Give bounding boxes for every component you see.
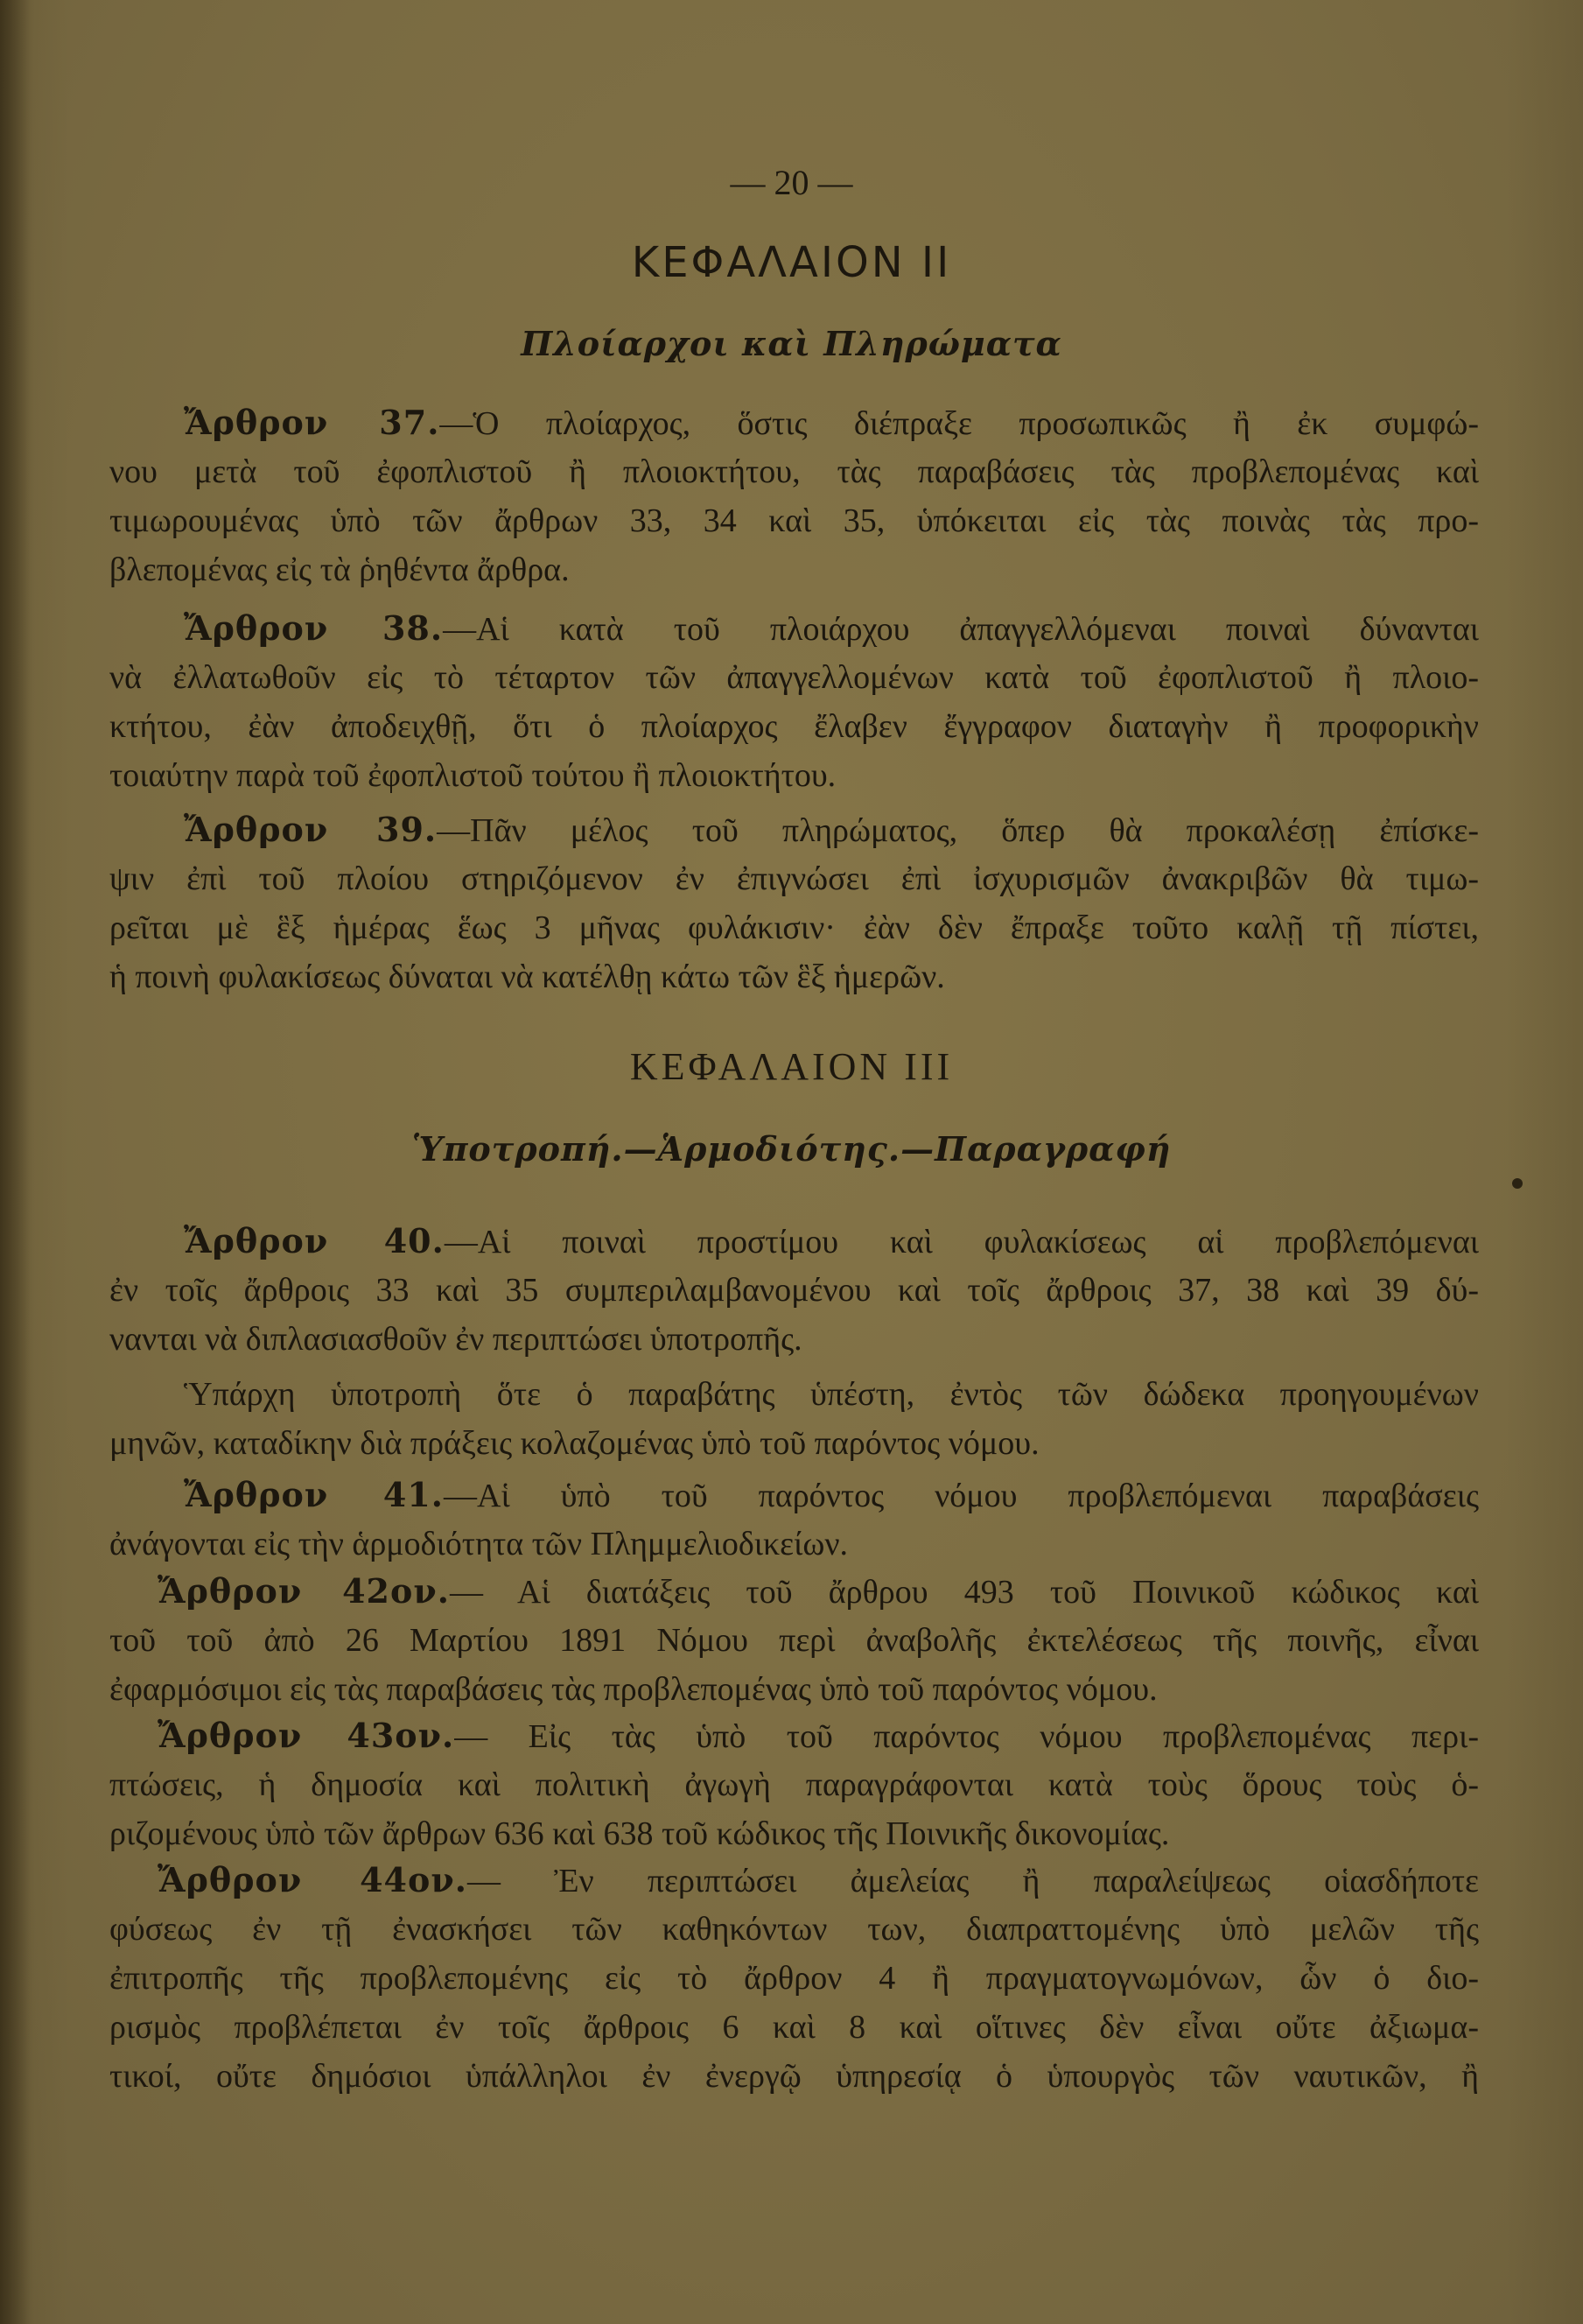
article-label: Ἄρθρον 39.	[184, 810, 437, 849]
text-line: ρισμὸς προβλέπεται ἐν τοῖς ἄρθροις 6 καὶ…	[109, 2003, 1479, 2052]
text-line: κτήτου, ἐὰν ἀποδειχθῇ, ὅτι ὁ πλοίαρχος ἔ…	[109, 702, 1479, 751]
text-line: τοιαύτην παρὰ τοῦ ἐφοπλιστοῦ τούτου ἢ πλ…	[109, 751, 1479, 800]
text-line: πτώσεις, ἡ δημοσία καὶ πολιτικὴ ἀγωγὴ πα…	[109, 1760, 1479, 1809]
text-line: Ὑπάρχη ὑποτροπὴ ὅτε ὁ παραβάτης ὑπέστη, …	[109, 1370, 1479, 1419]
text-line: νου μετὰ τοῦ ἐφοπλιστοῦ ἢ πλοιοκτήτου, τ…	[109, 447, 1479, 496]
text-line: Ἄρθρον 37.—Ὁ πλοίαρχος, ὅστις διέπραξε π…	[109, 398, 1479, 447]
text-line: ἀνάγονται εἰς τὴν ἁρμοδιότητα τῶν Πλημμε…	[109, 1520, 1479, 1569]
article-39: Ἄρθρον 39.—Πᾶν μέλος τοῦ πληρώματος, ὅπε…	[109, 805, 1479, 1001]
article-label: Ἄρθρον 38.	[184, 608, 443, 648]
scanned-page: — 20 — ΚΕΦΑΛΑΙΟΝ ΙΙ Πλοίαρχοι καὶ Πληρώμ…	[0, 0, 1583, 2324]
text-line: ἐν τοῖς ἄρθροις 33 καὶ 35 συμπεριλαμβανο…	[109, 1266, 1479, 1315]
text-line: ἐφαρμόσιμοι εἰς τὰς παραβάσεις τὰς προβλ…	[109, 1665, 1479, 1714]
article-label: Ἄρθρον 37.	[184, 403, 439, 442]
article-label: Ἄρθρον 43ον.	[158, 1716, 454, 1755]
text-line: ψιν ἐπὶ τοῦ πλοίου στηριζόμενον ἐν ἐπιγν…	[109, 854, 1479, 903]
article-label: Ἄρθρον 41.	[184, 1475, 444, 1514]
ink-speck	[1512, 1178, 1523, 1189]
text-line: τιμωρουμένας ὑπὸ τῶν ἄρθρων 33, 34 καὶ 3…	[109, 496, 1479, 545]
article-44: Ἄρθρον 44ον.— Ἐν περιπτώσει ἀμελείας ἢ π…	[109, 1856, 1479, 2101]
text-line: νὰ ἐλλατωθοῦν εἰς τὸ τέταρτον τῶν ἀπαγγε…	[109, 653, 1479, 702]
article-label: Ἄρθρον 42ον.	[158, 1571, 450, 1611]
text-line: μηνῶν, καταδίκην διὰ πράξεις κολαζομένας…	[109, 1419, 1479, 1468]
article-42: Ἄρθρον 42ον.— Αἱ διατάξεις τοῦ ἄρθρου 49…	[109, 1567, 1479, 1714]
text-line: Ἄρθρον 44ον.— Ἐν περιπτώσει ἀμελείας ἢ π…	[109, 1856, 1479, 1905]
article-label: Ἄρθρον 44ον.	[158, 1860, 467, 1899]
article-label: Ἄρθρον 40.	[184, 1221, 445, 1260]
text-line: τοῦ τοῦ ἀπὸ 26 Μαρτίου 1891 Νόμου περὶ ἀ…	[109, 1616, 1479, 1665]
article-40: Ἄρθρον 40.—Αἱ ποιναὶ προστίμου καὶ φυλακ…	[109, 1217, 1479, 1364]
article-37: Ἄρθρον 37.—Ὁ πλοίαρχος, ὅστις διέπραξε π…	[109, 398, 1479, 594]
text-line: νανται νὰ διπλασιασθοῦν ἐν περιπτώσει ὑπ…	[109, 1315, 1479, 1364]
text-line: Ἄρθρον 42ον.— Αἱ διατάξεις τοῦ ἄρθρου 49…	[109, 1567, 1479, 1616]
chapter-3-subtitle: Ὑποτροπή.—Ἁρμοδιότης.—Παραγραφή	[0, 1129, 1583, 1169]
text-line: Ἄρθρον 40.—Αἱ ποιναὶ προστίμου καὶ φυλακ…	[109, 1217, 1479, 1266]
article-41: Ἄρθρον 41.—Αἱ ὑπὸ τοῦ παρόντος νόμου προ…	[109, 1471, 1479, 1569]
text-line: βλεπομένας εἰς τὰ ῥηθέντα ἄρθρα.	[109, 545, 1479, 594]
text-line: ἐπιτροπῆς τῆς προβλεπομένης εἰς τὸ ἄρθρο…	[109, 1954, 1479, 2003]
text-line: ριζομένους ὑπὸ τῶν ἄρθρων 636 καὶ 638 το…	[109, 1809, 1479, 1858]
recidivism-paragraph: Ὑπάρχη ὑποτροπὴ ὅτε ὁ παραβάτης ὑπέστη, …	[109, 1370, 1479, 1468]
text-line: Ἄρθρον 39.—Πᾶν μέλος τοῦ πληρώματος, ὅπε…	[109, 805, 1479, 854]
text-line: ἡ ποινὴ φυλακίσεως δύναται νὰ κατέλθῃ κά…	[109, 952, 1479, 1001]
text-line: Ἄρθρον 38.—Αἱ κατὰ τοῦ πλοιάρχου ἀπαγγελ…	[109, 604, 1479, 653]
text-line: Ἄρθρον 43ον.— Εἰς τὰς ὑπὸ τοῦ παρόντος ν…	[109, 1711, 1479, 1760]
text-line: φύσεως ἐν τῇ ἐνασκήσει τῶν καθηκόντων τω…	[109, 1905, 1479, 1954]
article-43: Ἄρθρον 43ον.— Εἰς τὰς ὑπὸ τοῦ παρόντος ν…	[109, 1711, 1479, 1858]
chapter-2-subtitle: Πλοίαρχοι καὶ Πληρώματα	[0, 324, 1583, 363]
text-line: τικοί, οὔτε δημόσιοι ὑπάλληλοι ἐν ἐνεργῷ…	[109, 2052, 1479, 2101]
text-line: ρεῖται μὲ ἓξ ἡμέρας ἕως 3 μῆνας φυλάκισι…	[109, 903, 1479, 952]
chapter-2-heading: ΚΕΦΑΛΑΙΟΝ ΙΙ	[0, 238, 1583, 287]
article-38: Ἄρθρον 38.—Αἱ κατὰ τοῦ πλοιάρχου ἀπαγγελ…	[109, 604, 1479, 800]
chapter-3-heading: ΚΕΦΑΛΑΙΟΝ ΙΙΙ	[0, 1044, 1583, 1089]
text-line: Ἄρθρον 41.—Αἱ ὑπὸ τοῦ παρόντος νόμου προ…	[109, 1471, 1479, 1520]
page-number: — 20 —	[0, 162, 1583, 203]
